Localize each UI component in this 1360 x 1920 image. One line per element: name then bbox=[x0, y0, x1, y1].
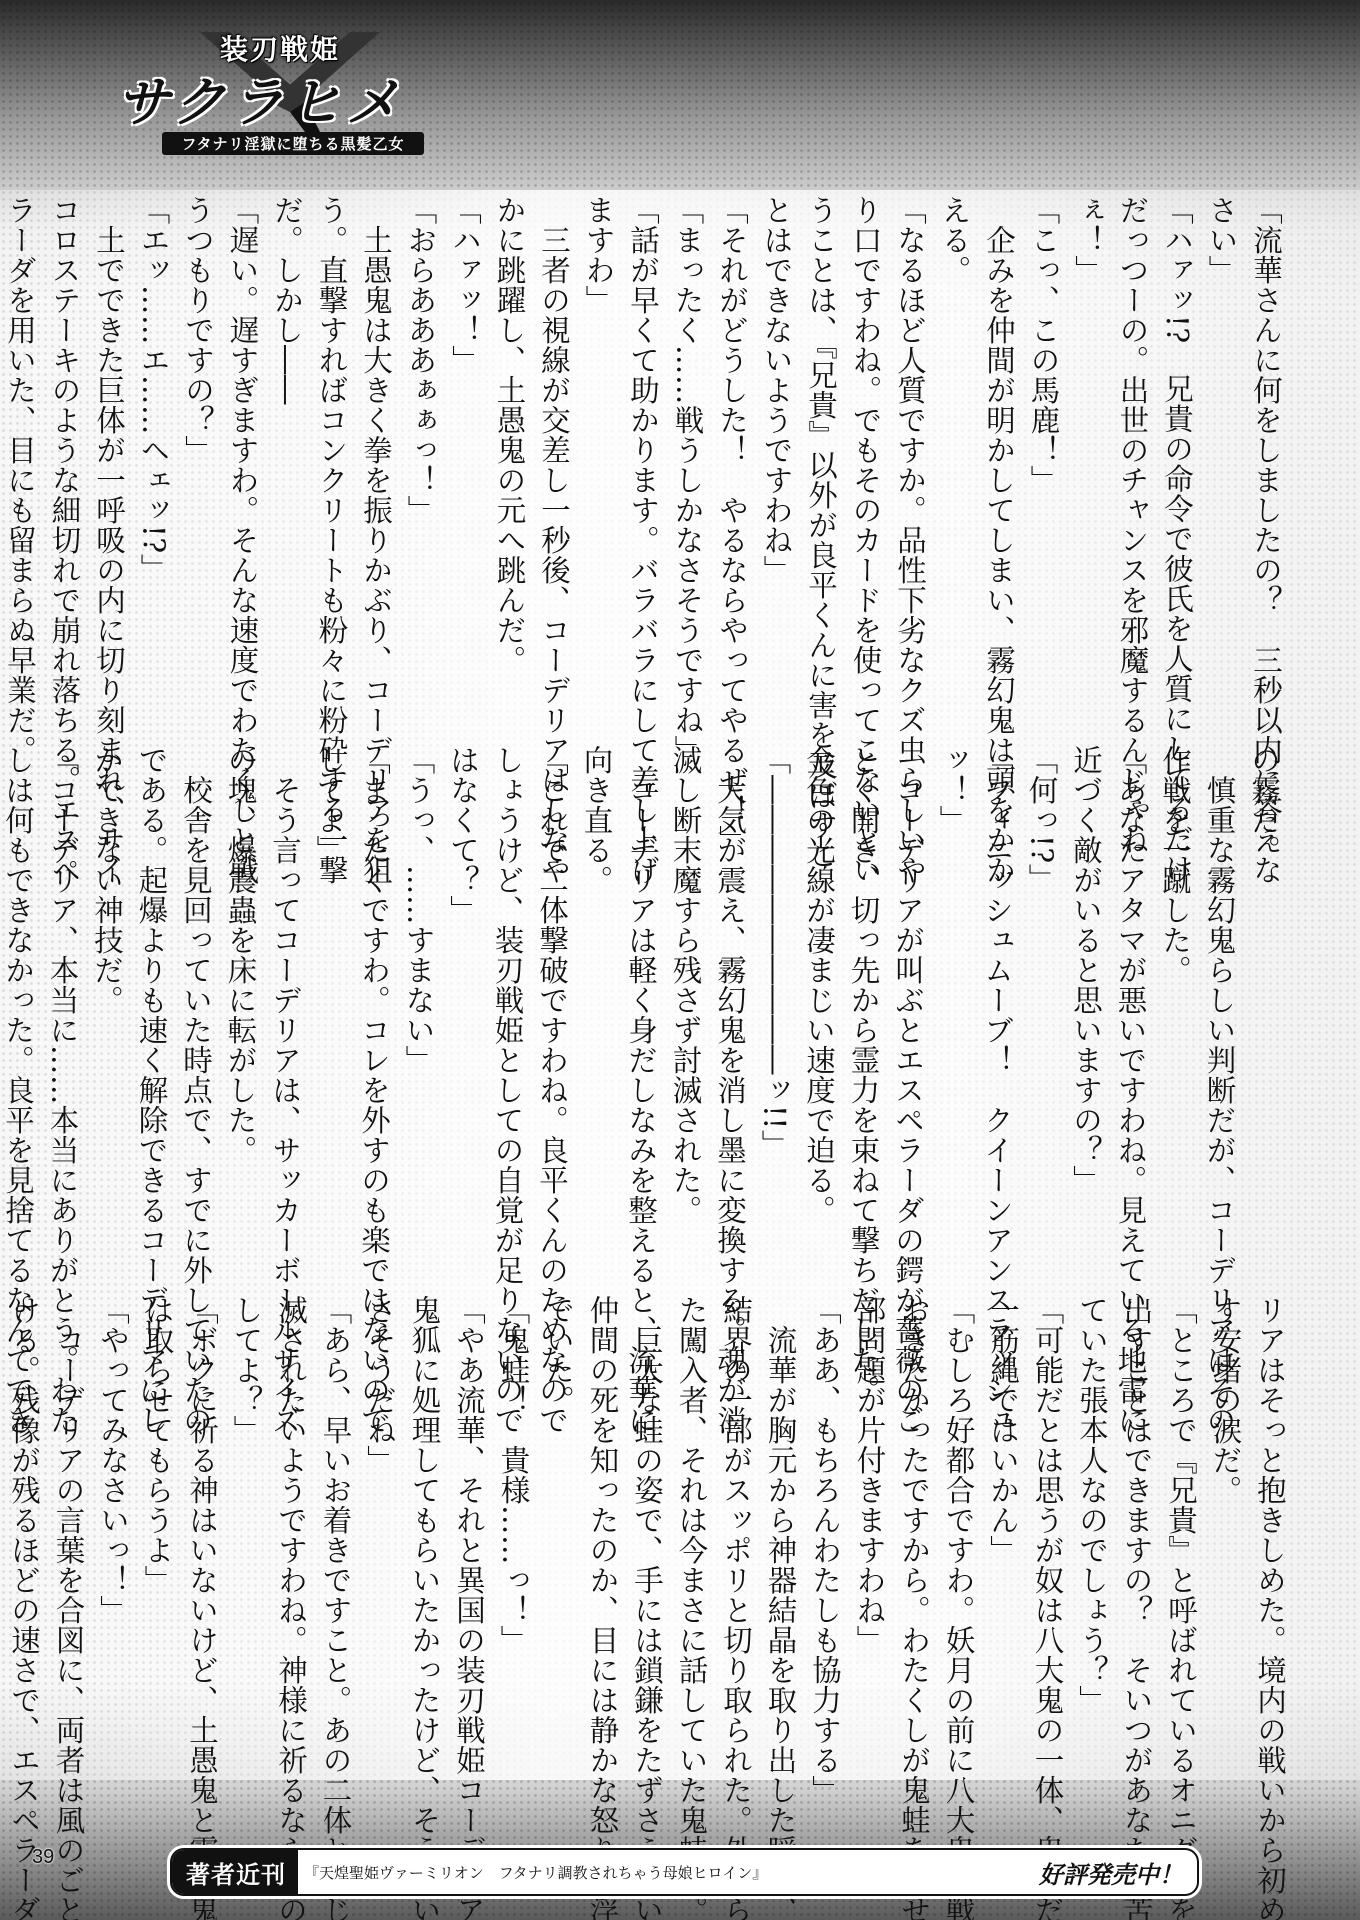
text-column: 「それがどうした！ やるならやってやるぜ！」 bbox=[710, 195, 755, 695]
text-column: は取らせてもらうよ」 bbox=[135, 1295, 180, 1795]
text-column: 「鬼蛙！ 貴様……っ！」 bbox=[491, 1295, 536, 1795]
text-column: ぇ！」 bbox=[1066, 195, 1111, 695]
page-number: 39 bbox=[32, 1846, 54, 1869]
text-column: 一筋縄ではいかん」 bbox=[981, 1295, 1026, 1795]
text-column: 「まったくですわ。コレを外すのも楽ではないので bbox=[352, 745, 397, 1245]
text-column: ていた張本人なのでしょう？」 bbox=[1070, 1295, 1115, 1795]
text-column: とはできないようですわね」 bbox=[754, 195, 799, 695]
text-column: の塊、爆震蟲を床に転がした。 bbox=[218, 745, 263, 1245]
text-column: 結界の一部がスッポリと切り取られた。外から現れ bbox=[714, 1295, 759, 1795]
text-column: ッ！」 bbox=[930, 745, 975, 1245]
text-column: 企みを仲間が明かしてしまい、霧幻鬼は頭をかか bbox=[977, 195, 1022, 695]
text-column: 「これで二体撃破ですわね。良平くんのためなので bbox=[530, 745, 575, 1245]
text-column: でいた。 bbox=[536, 1295, 581, 1795]
text-column: 滅されたいようですわね。神様に祈るなら今の内で bbox=[269, 1295, 314, 1795]
text-column: だ。しかし―― bbox=[265, 195, 310, 695]
text-column: うことは、『兄貴』以外が良平くんに害を及ぼすこ bbox=[799, 195, 844, 695]
text-column: かできない神技だ。 bbox=[85, 745, 130, 1245]
text-column: 「遅い。遅すぎますわ。そんな速度でわたくしと戦 bbox=[220, 195, 265, 695]
text-column: してよ」 bbox=[307, 745, 352, 1245]
text-column: 「話が早くて助かります。バラバラにして差し上げ bbox=[621, 195, 666, 695]
text-column: コーデリアが叫ぶとエスペラーダの鍔が薔薇のご bbox=[886, 745, 931, 1245]
text-column: 校舎を見回っていた時点で、すでに外していたの bbox=[174, 745, 219, 1245]
text-column: 「おらあああぁぁっ！」 bbox=[398, 195, 443, 695]
text-column: 大気が震え、霧幻鬼を消し墨に変換する。魂が消 bbox=[708, 745, 753, 1245]
text-column: 「あなたアタマが悪いですわね。見えている地雷に bbox=[1108, 745, 1153, 1245]
text-column: 「やあ流華、それと異国の装刃戦姫コーデリア…… bbox=[447, 1295, 492, 1795]
text-column: 作戦を一蹴した。 bbox=[1153, 745, 1198, 1245]
text-column: リアはそっと抱きしめた。境内の戦いから初めて流 bbox=[1248, 1295, 1293, 1795]
text-column: 仲間の死を知ったのか、目には静かな怒りが浮かん bbox=[580, 1295, 625, 1795]
text-column: である。起爆よりも速く解除できるコーデリアにし bbox=[129, 745, 174, 1245]
text-column: 「ハァッ！」 bbox=[443, 195, 488, 695]
text-column: 「むしろ好都合ですわ。妖月の前に八大鬼と戦って bbox=[936, 1295, 981, 1795]
text-column: しは何もできなかった。良平を見捨てるなんてでき bbox=[0, 745, 40, 1245]
text-column: うつもりですの？」 bbox=[176, 195, 221, 695]
text-column: 「やってみなさいっ！」 bbox=[91, 1295, 136, 1795]
text-column: 三者の視線が交差し一秒後、コーデリアはしなや bbox=[532, 195, 577, 695]
text-column: かに跳躍し、土愚鬼の元へ跳んだ。 bbox=[487, 195, 532, 695]
text-column: 「ハァッ!? 兄貴の命令で彼氏を人質にしてるだけ bbox=[1155, 195, 1200, 695]
text-column: 滅し断末魔すら残さず討滅された。 bbox=[663, 745, 708, 1245]
text-column: 「フィニッシュムーブ！ クイーンアンスラッシュ bbox=[975, 745, 1020, 1245]
text-column: 流華が胸元から神器結晶を取り出した瞬間、封鎖 bbox=[758, 1295, 803, 1795]
text-column: 「――――――――――ッ!!」 bbox=[752, 745, 797, 1245]
text-column: コーデリアの言葉を合図に、両者は風のごとく駆 bbox=[46, 1295, 91, 1795]
text-column: 「何っ!?」 bbox=[1019, 745, 1064, 1245]
text-column: 「流華さんに何をしましたの？ 三秒以内に答えな bbox=[1244, 195, 1289, 695]
text-column: 「あら、早いお着きですこと。あの二体と同じく討 bbox=[313, 1295, 358, 1795]
text-column: ける。残像が残るほどの速さで、エスペラーダと鎖 bbox=[2, 1295, 47, 1795]
author-recent-release-banner: 著者近刊 『天煌聖姫ヴァーミリオン フタナリ調教されちゃう母娘ヒロイン』 好評発… bbox=[170, 1848, 1199, 1896]
text-column: 「可能だとは思うが奴は八大鬼の一体、鬼蛙だぞ。 bbox=[1025, 1295, 1070, 1795]
text-column: 「こっ、この馬鹿！」 bbox=[1021, 195, 1066, 695]
text-column: 「エッ……エ……ヘェッ!?」 bbox=[131, 195, 176, 695]
text-column: ますわ」 bbox=[576, 195, 621, 695]
ad-on-sale-text: 好評発売中！ bbox=[1039, 1855, 1197, 1890]
text-column: り口ですわね。でもそのカードを使ってこないとい bbox=[843, 195, 888, 695]
text-tier-top: 「流華さんに何をしましたの？ 三秒以内に答えなさい」「ハァッ!? 兄貴の命令で彼… bbox=[78, 195, 1288, 695]
text-column: う。直撃すればコンクリートも粉々に粉砕する一撃 bbox=[309, 195, 354, 695]
text-column: だっつーの。出世のチャンスを邪魔するんじゃね bbox=[1110, 195, 1155, 695]
text-column: しょうけど、装刃戦姫としての自覚が足りないので bbox=[485, 745, 530, 1245]
text-column: 金色の光線が凄まじい速度で迫る。 bbox=[797, 745, 842, 1245]
logo-main-text: サクラヒメ bbox=[100, 60, 420, 137]
text-column: 「まったく……戦うしかなさそうですね」 bbox=[665, 195, 710, 695]
text-column: 巨大な蛙の姿で、手には鎖鎌をたずさえている。 bbox=[625, 1295, 670, 1795]
text-column: 慎重な霧幻鬼らしい判断だが、コーデリアはその bbox=[1197, 745, 1242, 1245]
text-column: 「うっ、……すまない」 bbox=[396, 745, 441, 1245]
text-column: はなくて？」 bbox=[441, 745, 486, 1245]
text-column: コロステーキのような細切れで崩れ落ちる。エスペ bbox=[42, 195, 87, 695]
text-column: た闖入者、それは今まさに話していた鬼蛙だ。 bbox=[669, 1295, 714, 1795]
text-column: 「ああ、もちろんわたしも協力する」 bbox=[803, 1295, 848, 1795]
text-column: 「コーデリア、本当に……本当にありがとう。わた bbox=[40, 745, 85, 1245]
series-logo: 装刃戦姫 サクラヒメ フタナリ淫獄に堕ちる黒髪乙女 bbox=[70, 12, 410, 162]
text-column: ラーダを用いた、目にも留まらぬ早業だ。 bbox=[0, 195, 42, 695]
text-column: 「ところで『兄貴』と呼ばれているオニグミを呼び bbox=[1159, 1295, 1204, 1795]
text-column: 土でできた巨体が一呼吸の内に切り刻まれ、サイ bbox=[87, 195, 132, 695]
text-column: 「ボクに祈る神はいないけど、土愚鬼と霧幻鬼の仇 bbox=[180, 1295, 225, 1795]
text-column: 近づく敵がいると思いますの？」 bbox=[1064, 745, 1109, 1245]
text-column: 出すことはできますの？ そいつがあなたを苦しめ bbox=[1114, 1295, 1159, 1795]
logo-subtitle: フタナリ淫獄に堕ちる黒髪乙女 bbox=[162, 132, 424, 155]
ad-book-title: 『天煌聖姫ヴァーミリオン フタナリ調教されちゃう母娘ヒロイン』 bbox=[298, 1862, 1039, 1883]
text-column: さい」 bbox=[1199, 195, 1244, 695]
text-column: 向き直る。 bbox=[574, 745, 619, 1245]
text-column: の霧だ。 bbox=[1242, 745, 1287, 1245]
text-column: コーデリアは軽く身だしなみを整えると、流華に bbox=[619, 745, 664, 1245]
text-column: さそうだね」 bbox=[358, 1295, 403, 1795]
text-tier-middle: の霧だ。 慎重な霧幻鬼らしい判断だが、コーデリアはその作戦を一蹴した。「あなたア… bbox=[86, 745, 1286, 1245]
text-column: おきたかったですから。わたくしが鬼蛙を倒せば全 bbox=[892, 1295, 937, 1795]
text-column: そう言ってコーデリアは、サッカーボールサイズ bbox=[263, 745, 308, 1245]
text-column: 部問題が片付きますわね」 bbox=[847, 1295, 892, 1795]
text-column: える。 bbox=[932, 195, 977, 695]
ad-label: 著者近刊 bbox=[172, 1850, 298, 1894]
text-column: す安堵の涙だ。 bbox=[1203, 1295, 1248, 1795]
text-column: してよ？」 bbox=[224, 1295, 269, 1795]
text-column: 鬼狐に処理してもらいたかったけど、そうもいかな bbox=[402, 1295, 447, 1795]
text-column: とく開き、切っ先から霊力を束ねて撃ちだした。 bbox=[841, 745, 886, 1245]
text-tier-bottom: リアはそっと抱きしめた。境内の戦いから初めて流す安堵の涙だ。「ところで『兄貴』と… bbox=[92, 1295, 1292, 1795]
text-column: 「なるほど人質ですか。品性下劣なクズ虫らしいや bbox=[888, 195, 933, 695]
text-column: 土愚鬼は大きく拳を振りかぶり、コーデリアを狙 bbox=[354, 195, 399, 695]
